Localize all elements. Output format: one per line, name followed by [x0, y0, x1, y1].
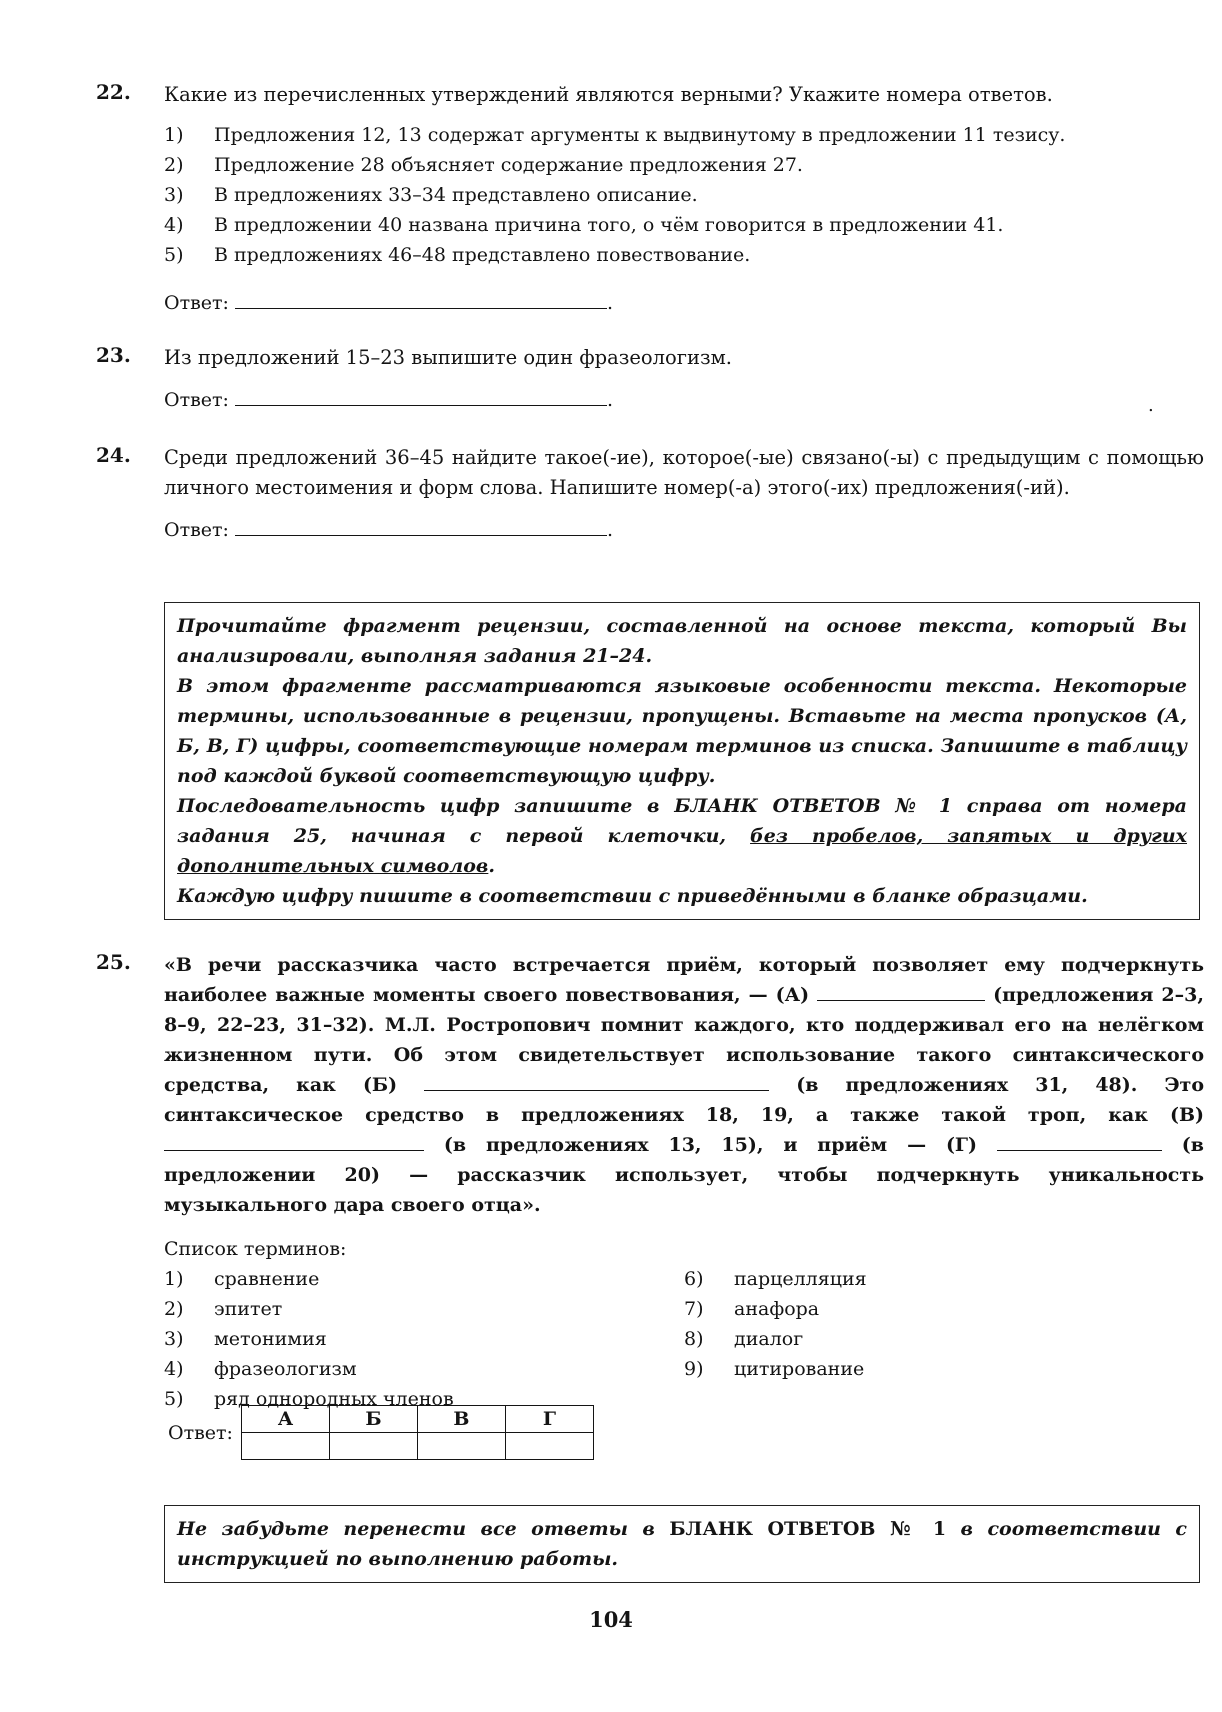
reminder-box: Не забудьте перенести все ответы в БЛАНК… [164, 1505, 1200, 1583]
terms-column-right: 6)парцелляция 7)анафора 8)диалог 9)цитир… [684, 1264, 1204, 1414]
option-item: 3)В предложениях 33–34 представлено опис… [164, 180, 1206, 210]
answer-label: Ответ: [168, 1422, 233, 1444]
answer-field[interactable] [235, 385, 607, 406]
task-23: 23. Из предложений 15–23 выпишите один ф… [96, 343, 1206, 415]
answer-label: Ответ: [164, 519, 229, 541]
terms-column-left: 1)сравнение 2)эпитет 3)метонимия 4)фразе… [164, 1264, 684, 1414]
task-question: Из предложений 15–23 выпишите один фразе… [164, 343, 1206, 373]
terms-title: Список терминов: [164, 1234, 1204, 1264]
column-header-g: Г [505, 1406, 593, 1433]
option-item: 1)Предложения 12, 13 содержат аргументы … [164, 120, 1206, 150]
instruction-paragraph: Прочитайте фрагмент рецензии, составленн… [177, 611, 1187, 671]
task-24: 24. Среди предложений 36–45 найдите тако… [96, 443, 1206, 545]
task-question: Среди предложений 36–45 найдите такое(-и… [164, 443, 1204, 503]
term-item: 2)эпитет [164, 1294, 684, 1324]
answer-field[interactable] [235, 515, 607, 536]
terms-list: Список терминов: 1)сравнение 2)эпитет 3)… [164, 1234, 1204, 1414]
review-fragment: «В речи рассказчика часто встречается пр… [164, 950, 1204, 1220]
term-item: 1)сравнение [164, 1264, 684, 1294]
gap-b[interactable] [424, 1072, 769, 1091]
answer-cell-b[interactable] [329, 1433, 417, 1460]
term-item: 8)диалог [684, 1324, 1204, 1354]
option-item: 5)В предложениях 46–48 представлено пове… [164, 240, 1206, 270]
answer-label: Ответ: [164, 389, 229, 411]
answer-table: А Б В Г [241, 1405, 594, 1460]
reminder-text: Не забудьте перенести все ответы в БЛАНК… [177, 1514, 1187, 1574]
instructions-box: Прочитайте фрагмент рецензии, составленн… [164, 602, 1200, 920]
gap-v[interactable] [164, 1132, 424, 1151]
instruction-paragraph: Каждую цифру пишите в соответствии с при… [177, 881, 1187, 911]
answer-cell-v[interactable] [417, 1433, 505, 1460]
column-header-b: Б [329, 1406, 417, 1433]
gap-a[interactable] [817, 982, 985, 1001]
task-25: 25. «В речи рассказчика часто встречаетс… [96, 950, 1206, 1414]
answer-row: Ответ:. [164, 288, 1206, 318]
instruction-paragraph: В этом фрагменте рассматриваются языковы… [177, 671, 1187, 791]
answer-row: Ответ:. [164, 515, 1204, 545]
exam-page: 22. Какие из перечисленных утверждений я… [0, 0, 1222, 1712]
answer-field[interactable] [235, 288, 607, 309]
answer-cell-a[interactable] [241, 1433, 329, 1460]
term-item: 7)анафора [684, 1294, 1204, 1324]
term-item: 9)цитирование [684, 1354, 1204, 1384]
column-header-v: В [417, 1406, 505, 1433]
task-question: Какие из перечисленных утверждений являю… [164, 80, 1206, 110]
answer-row: Ответ:. [164, 385, 1206, 415]
task-number: 25. [96, 950, 131, 974]
term-item: 3)метонимия [164, 1324, 684, 1354]
task-number: 22. [96, 80, 131, 104]
option-item: 4)В предложении 40 названа причина того,… [164, 210, 1206, 240]
task-22: 22. Какие из перечисленных утверждений я… [96, 80, 1206, 318]
option-item: 2)Предложение 28 объясняет содержание пр… [164, 150, 1206, 180]
term-item: 4)фразеологизм [164, 1354, 684, 1384]
page-number: 104 [0, 1607, 1222, 1632]
gap-g[interactable] [997, 1132, 1162, 1151]
scan-speck: . [1148, 395, 1154, 416]
column-header-a: А [241, 1406, 329, 1433]
task-number: 23. [96, 343, 131, 367]
instruction-paragraph: Последовательность цифр запишите в БЛАНК… [177, 791, 1187, 881]
task-number: 24. [96, 443, 131, 467]
answer-table-row: Ответ: А Б В Г [168, 1405, 594, 1460]
options-list: 1)Предложения 12, 13 содержат аргументы … [164, 120, 1206, 270]
answer-cell-g[interactable] [505, 1433, 593, 1460]
term-item: 6)парцелляция [684, 1264, 1204, 1294]
answer-label: Ответ: [164, 292, 229, 314]
